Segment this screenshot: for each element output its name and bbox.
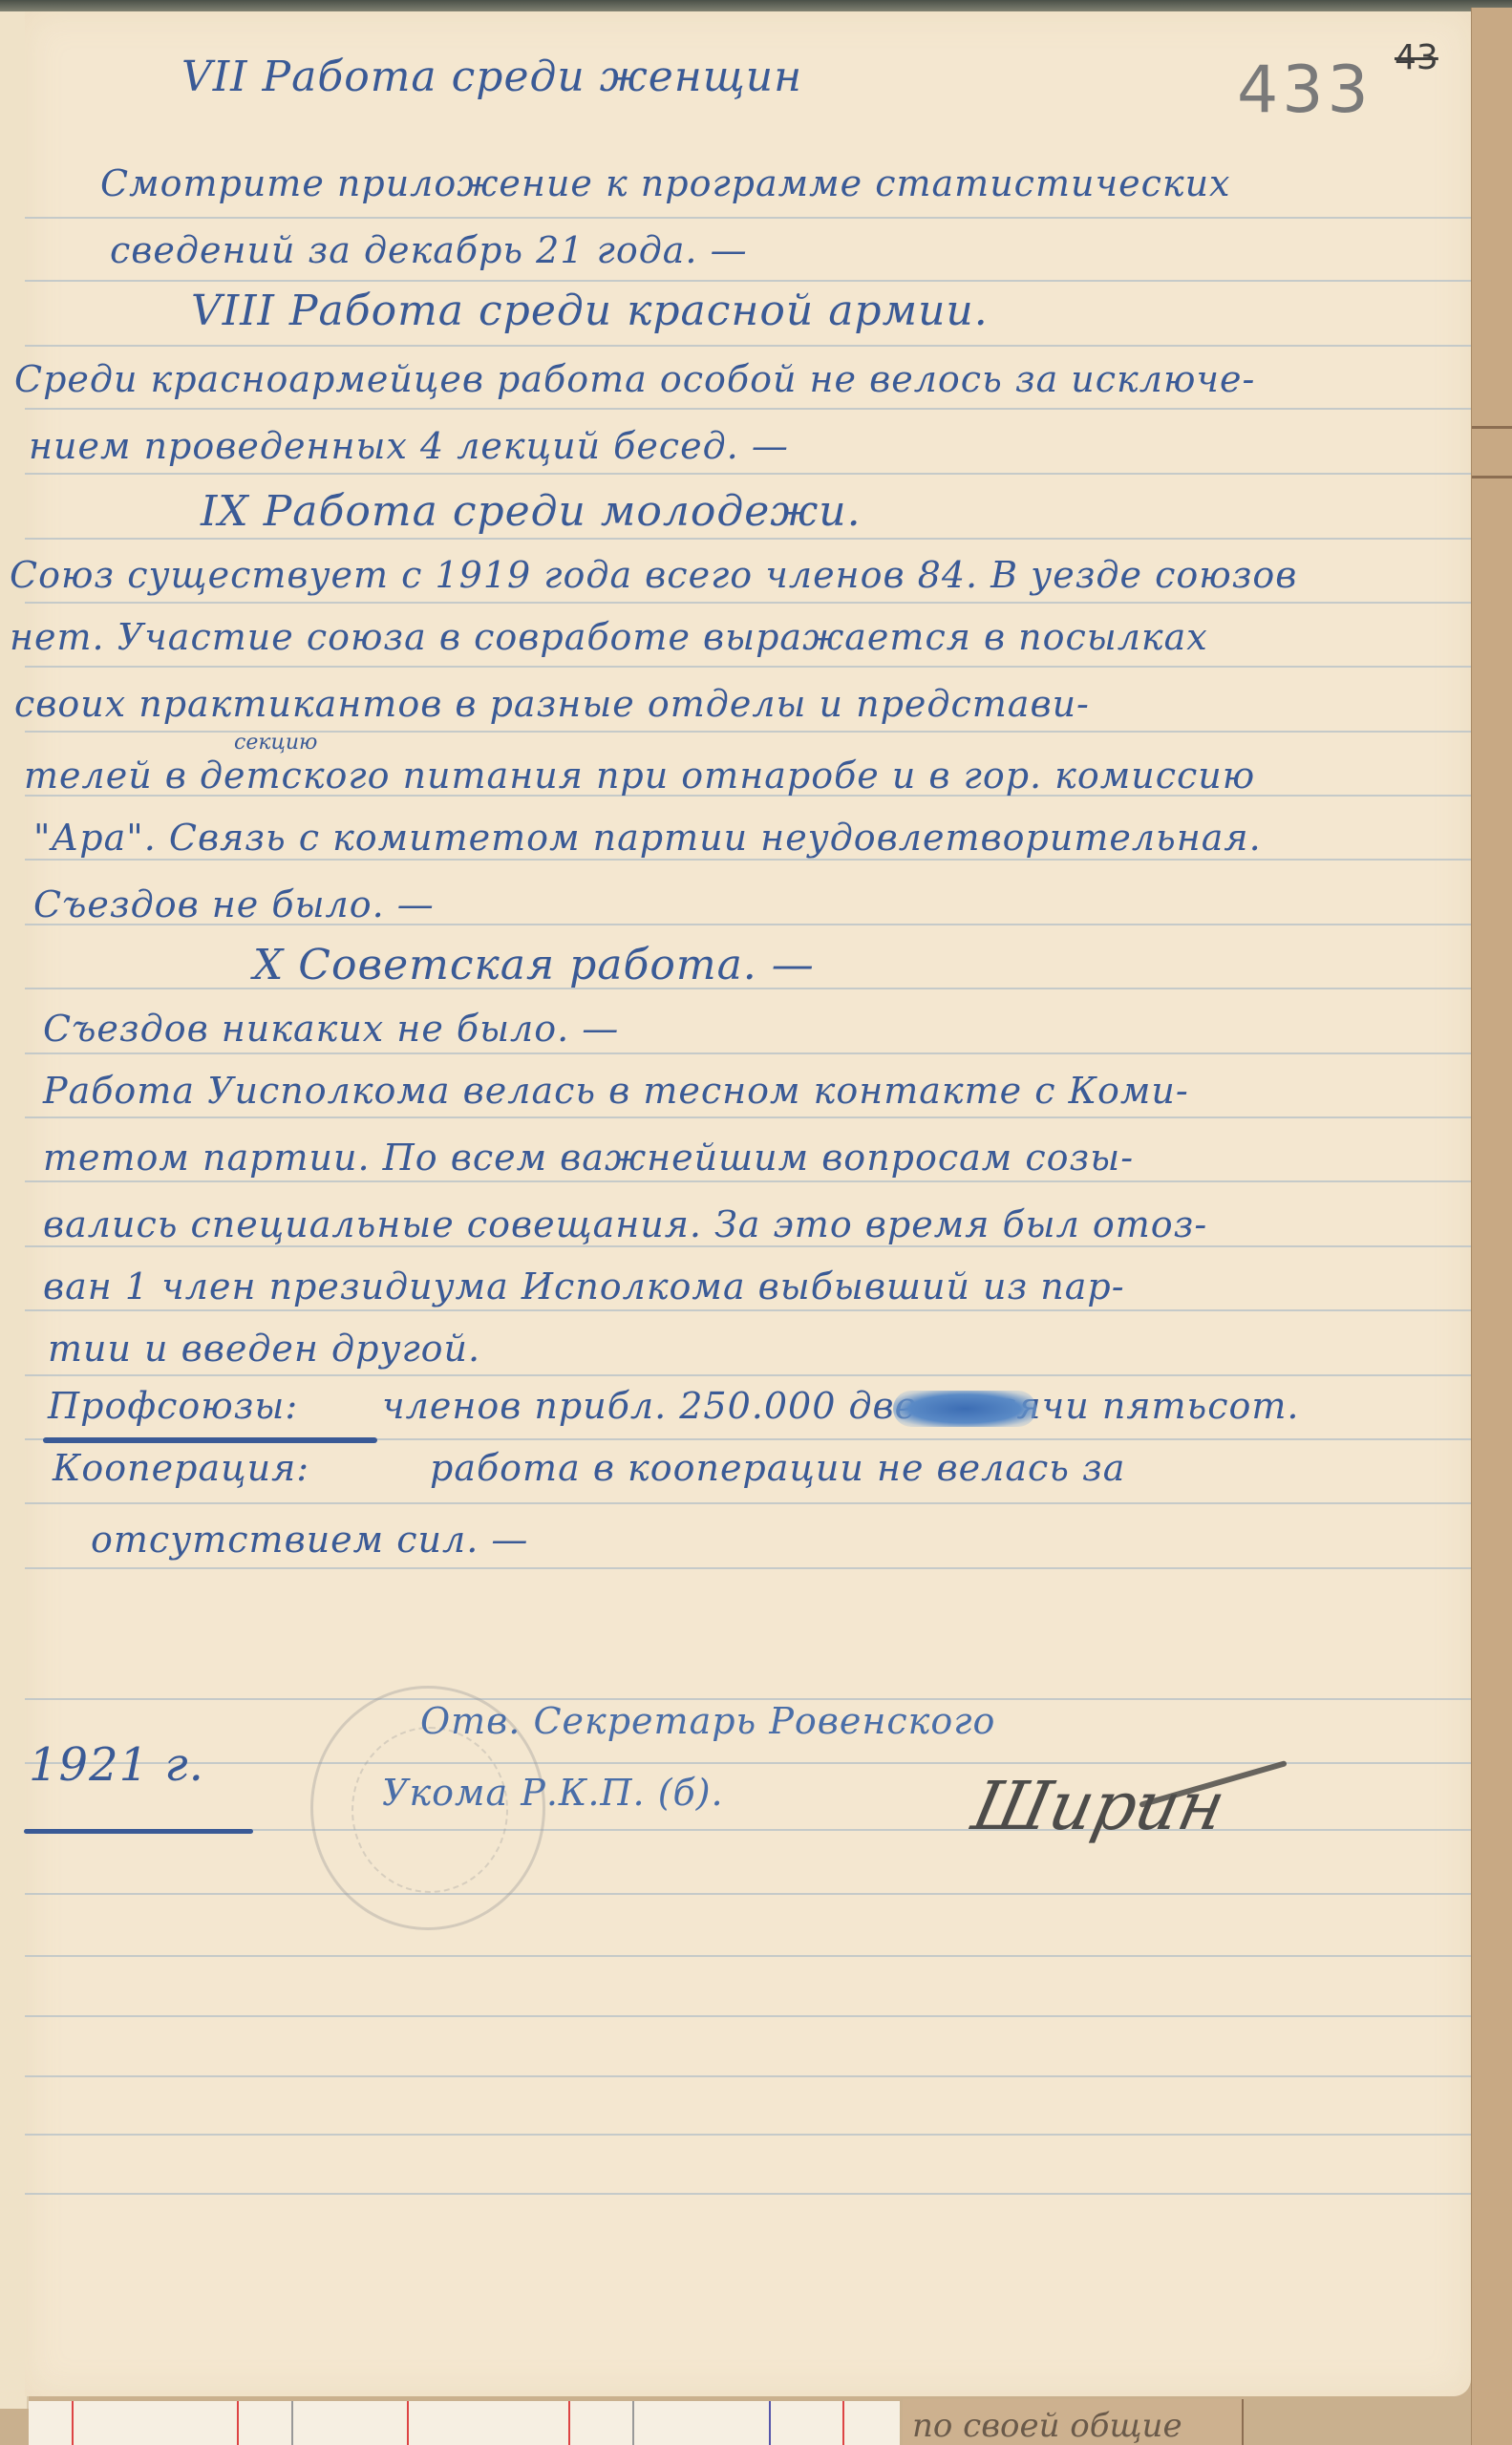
ruled-line	[25, 1245, 1471, 1247]
text-line: Съездов никаких не было. —	[43, 1008, 619, 1050]
ruled-line	[25, 1309, 1471, 1311]
text-line: Среди красноармейцев работа особой не ве…	[14, 358, 1255, 400]
text-line: нет. Участие союза в совработе выражаетс…	[10, 616, 1208, 658]
ruled-line	[25, 2075, 1471, 2077]
ruled-line	[25, 666, 1471, 668]
ruled-line	[25, 1180, 1471, 1182]
ledger-note-text: по своей общие	[912, 2407, 1237, 2445]
page-number: 433	[1237, 53, 1373, 128]
ruled-line	[25, 1502, 1471, 1504]
ruled-line	[25, 408, 1471, 410]
ledger-red-line	[237, 2401, 239, 2445]
signatory-title-line1: Отв. Секретарь Ровенского	[420, 1700, 995, 1742]
document-date: 1921 г.	[29, 1738, 204, 1792]
text-line: Смотрите приложение к программе статисти…	[100, 162, 1230, 204]
ruled-line	[25, 1955, 1471, 1957]
ink-blot	[893, 1391, 1036, 1427]
ruled-line	[25, 1893, 1471, 1895]
ledger-red-line	[568, 2401, 570, 2445]
ruled-line	[25, 1374, 1471, 1376]
text-line: отсутствием сил. —	[91, 1519, 528, 1561]
text-line: ван 1 член президиума Исполкома выбывший…	[43, 1265, 1125, 1308]
old-page-number: 43	[1395, 38, 1438, 77]
ruled-line	[25, 602, 1471, 604]
text-line: нием проведенных 4 лекций бесед. —	[29, 425, 789, 467]
text-line: "Ара". Связь с комитетом партии неудовле…	[33, 817, 1262, 859]
text-line: Союз существует с 1919 года всего членов…	[10, 554, 1297, 596]
note-text-trade-unions: членов прибл. 250.000 две тысячи пятьсот…	[382, 1385, 1299, 1427]
ledger-grey-line	[632, 2401, 634, 2445]
ledger-handwritten-note: по своей общие	[903, 2399, 1244, 2445]
label-underline	[43, 1437, 377, 1443]
underlying-ledger-strip	[29, 2401, 900, 2445]
text-line: тии и введен другой.	[48, 1328, 480, 1370]
board-seam	[1472, 476, 1512, 478]
handwritten-signature: Ширин	[966, 1767, 1231, 1845]
ruled-line	[25, 2015, 1471, 2017]
board-seam	[1472, 426, 1512, 429]
ledger-blue-line	[769, 2401, 771, 2445]
text-line: тетом партии. По всем важнейшим вопросам…	[43, 1137, 1134, 1179]
ruled-line	[25, 1762, 1471, 1764]
ledger-red-line	[842, 2401, 844, 2445]
ruled-line	[25, 2193, 1471, 2195]
ruled-line	[25, 217, 1471, 219]
section-heading-youth: IX Работа среди молодежи.	[201, 487, 862, 536]
note-label-cooperation: Кооперация:	[53, 1447, 309, 1489]
section-heading-soviet-work: X Советская работа. —	[253, 941, 815, 989]
ruled-line	[25, 280, 1471, 282]
note-text-cooperation: работа в кооперации не велась за	[430, 1447, 1125, 1489]
ruled-line	[25, 859, 1471, 861]
date-underline	[24, 1829, 253, 1834]
ruled-line	[25, 1567, 1471, 1569]
ruled-line	[25, 345, 1471, 347]
ledger-red-line	[72, 2401, 74, 2445]
text-line: вались специальные совещания. За это вре…	[43, 1203, 1207, 1245]
ledger-grey-line	[291, 2401, 293, 2445]
text-line: телей в детского питания при отнаробе и …	[24, 755, 1255, 797]
cardboard-edge	[1471, 8, 1512, 2445]
ledger-red-line	[407, 2401, 409, 2445]
section-heading-women: VII Работа среди женщин	[181, 53, 802, 101]
section-heading-red-army: VIII Работа среди красной армии.	[191, 287, 989, 335]
ruled-line	[25, 2134, 1471, 2136]
signatory-title-line2: Укома Р.К.П. (б).	[382, 1772, 724, 1814]
note-label-trade-unions: Профсоюзы:	[48, 1385, 298, 1427]
text-line: своих практикантов в разные отделы и пре…	[14, 683, 1090, 725]
interlinear-insertion: секцию	[234, 731, 317, 755]
ruled-line	[25, 1052, 1471, 1054]
ruled-line	[25, 473, 1471, 475]
text-line: сведений за декабрь 21 года. —	[110, 229, 748, 271]
ruled-line	[25, 538, 1471, 540]
text-line: Съездов не было. —	[33, 883, 435, 925]
text-line: Работа Уисполкома велась в тесном контак…	[43, 1070, 1189, 1112]
ruled-line	[25, 1116, 1471, 1118]
